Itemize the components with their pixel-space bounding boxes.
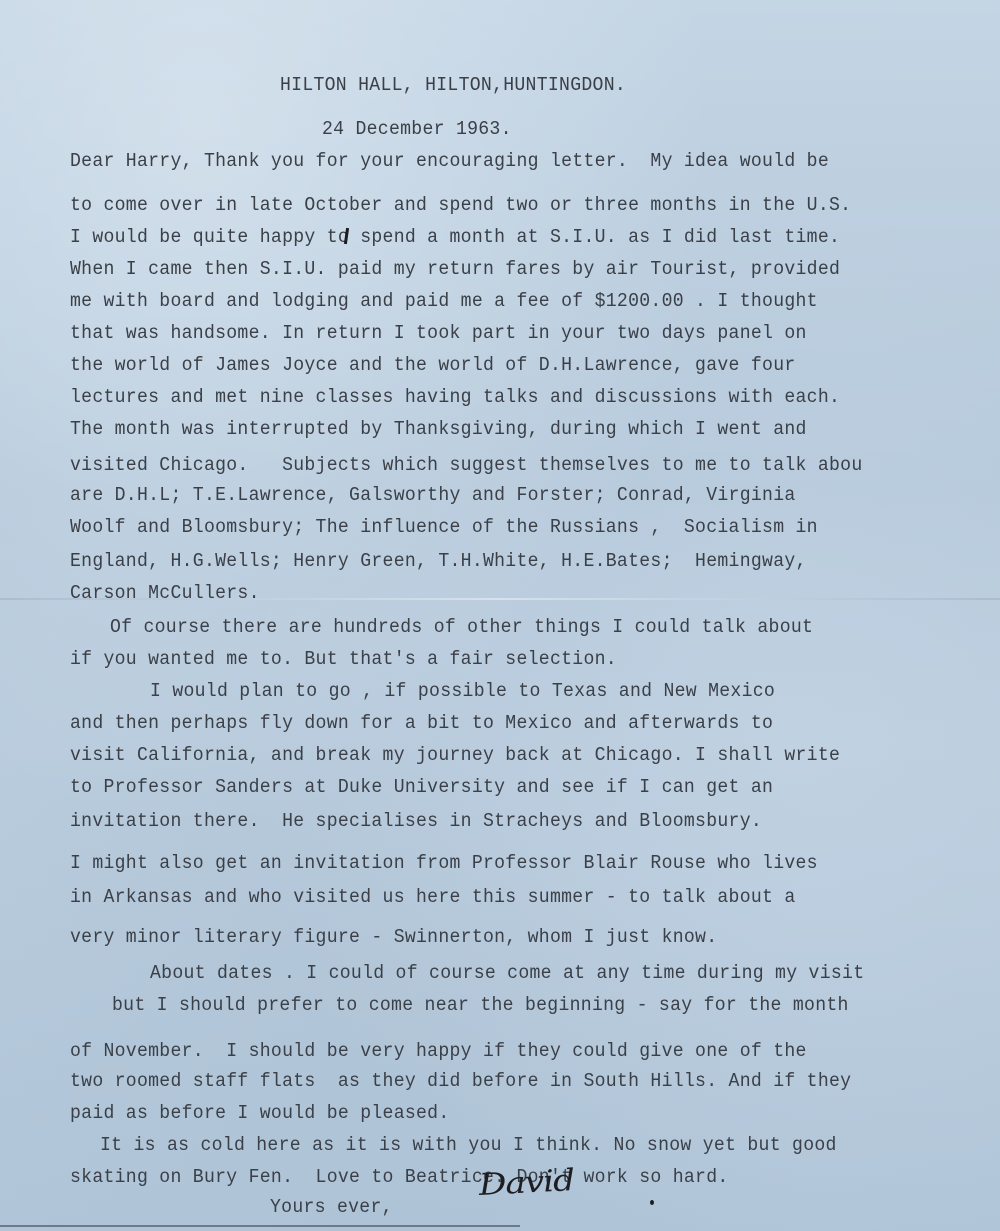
- letter-line: are D.H.L; T.E.Lawrence, Galsworthy and …: [70, 484, 796, 506]
- letter-closing: Yours ever,: [270, 1196, 393, 1218]
- letter-line: The month was interrupted by Thanksgivin…: [70, 418, 807, 440]
- letter-line: visit California, and break my journey b…: [70, 744, 840, 766]
- letter-line: I might also get an invitation from Prof…: [70, 852, 818, 874]
- letter-line: Carson McCullers.: [70, 582, 260, 604]
- letter-line: but I should prefer to come near the beg…: [112, 994, 849, 1016]
- letter-line: to come over in late October and spend t…: [70, 194, 851, 216]
- letter-line: Dear Harry, Thank you for your encouragi…: [70, 150, 829, 172]
- letter-line: I would plan to go , if possible to Texa…: [150, 680, 775, 702]
- letter-line: if you wanted me to. But that's a fair s…: [70, 648, 617, 670]
- letter-line: Of course there are hundreds of other th…: [110, 616, 813, 638]
- letter-line: the world of James Joyce and the world o…: [70, 354, 796, 376]
- signature-period: [650, 1200, 654, 1205]
- letterhead-address: HILTON HALL, HILTON,HUNTINGDON.: [280, 74, 626, 96]
- letter-line: to Professor Sanders at Duke University …: [70, 776, 773, 798]
- letter-line: I would be quite happy to spend a month …: [70, 226, 840, 248]
- letter-line: invitation there. He specialises in Stra…: [70, 810, 762, 832]
- letter-line: skating on Bury Fen. Love to Beatrice. D…: [70, 1166, 729, 1188]
- letter-line: me with board and lodging and paid me a …: [70, 290, 818, 312]
- letter-line: When I came then S.I.U. paid my return f…: [70, 258, 840, 280]
- letter-line: lectures and met nine classes having tal…: [70, 386, 840, 408]
- letter-line: About dates . I could of course come at …: [150, 962, 864, 984]
- letter-line: two roomed staff flats as they did befor…: [70, 1070, 851, 1092]
- letter-line: very minor literary figure - Swinnerton,…: [70, 926, 717, 948]
- letter-line: England, H.G.Wells; Henry Green, T.H.Whi…: [70, 550, 807, 572]
- letter-line: paid as before I would be pleased.: [70, 1102, 450, 1124]
- letter-line: and then perhaps fly down for a bit to M…: [70, 712, 773, 734]
- letter-line: Woolf and Bloomsbury; The influence of t…: [70, 516, 818, 538]
- letter-line: of November. I should be very happy if t…: [70, 1040, 807, 1062]
- paper-bottom-edge: [0, 1225, 520, 1227]
- letter-line: visited Chicago. Subjects which suggest …: [70, 454, 862, 476]
- letter-line: in Arkansas and who visited us here this…: [70, 886, 796, 908]
- letter-line: that was handsome. In return I took part…: [70, 322, 807, 344]
- handwritten-signature: David: [478, 1163, 575, 1203]
- letter-line: It is as cold here as it is with you I t…: [100, 1134, 837, 1156]
- letter-date: 24 December 1963.: [322, 118, 512, 140]
